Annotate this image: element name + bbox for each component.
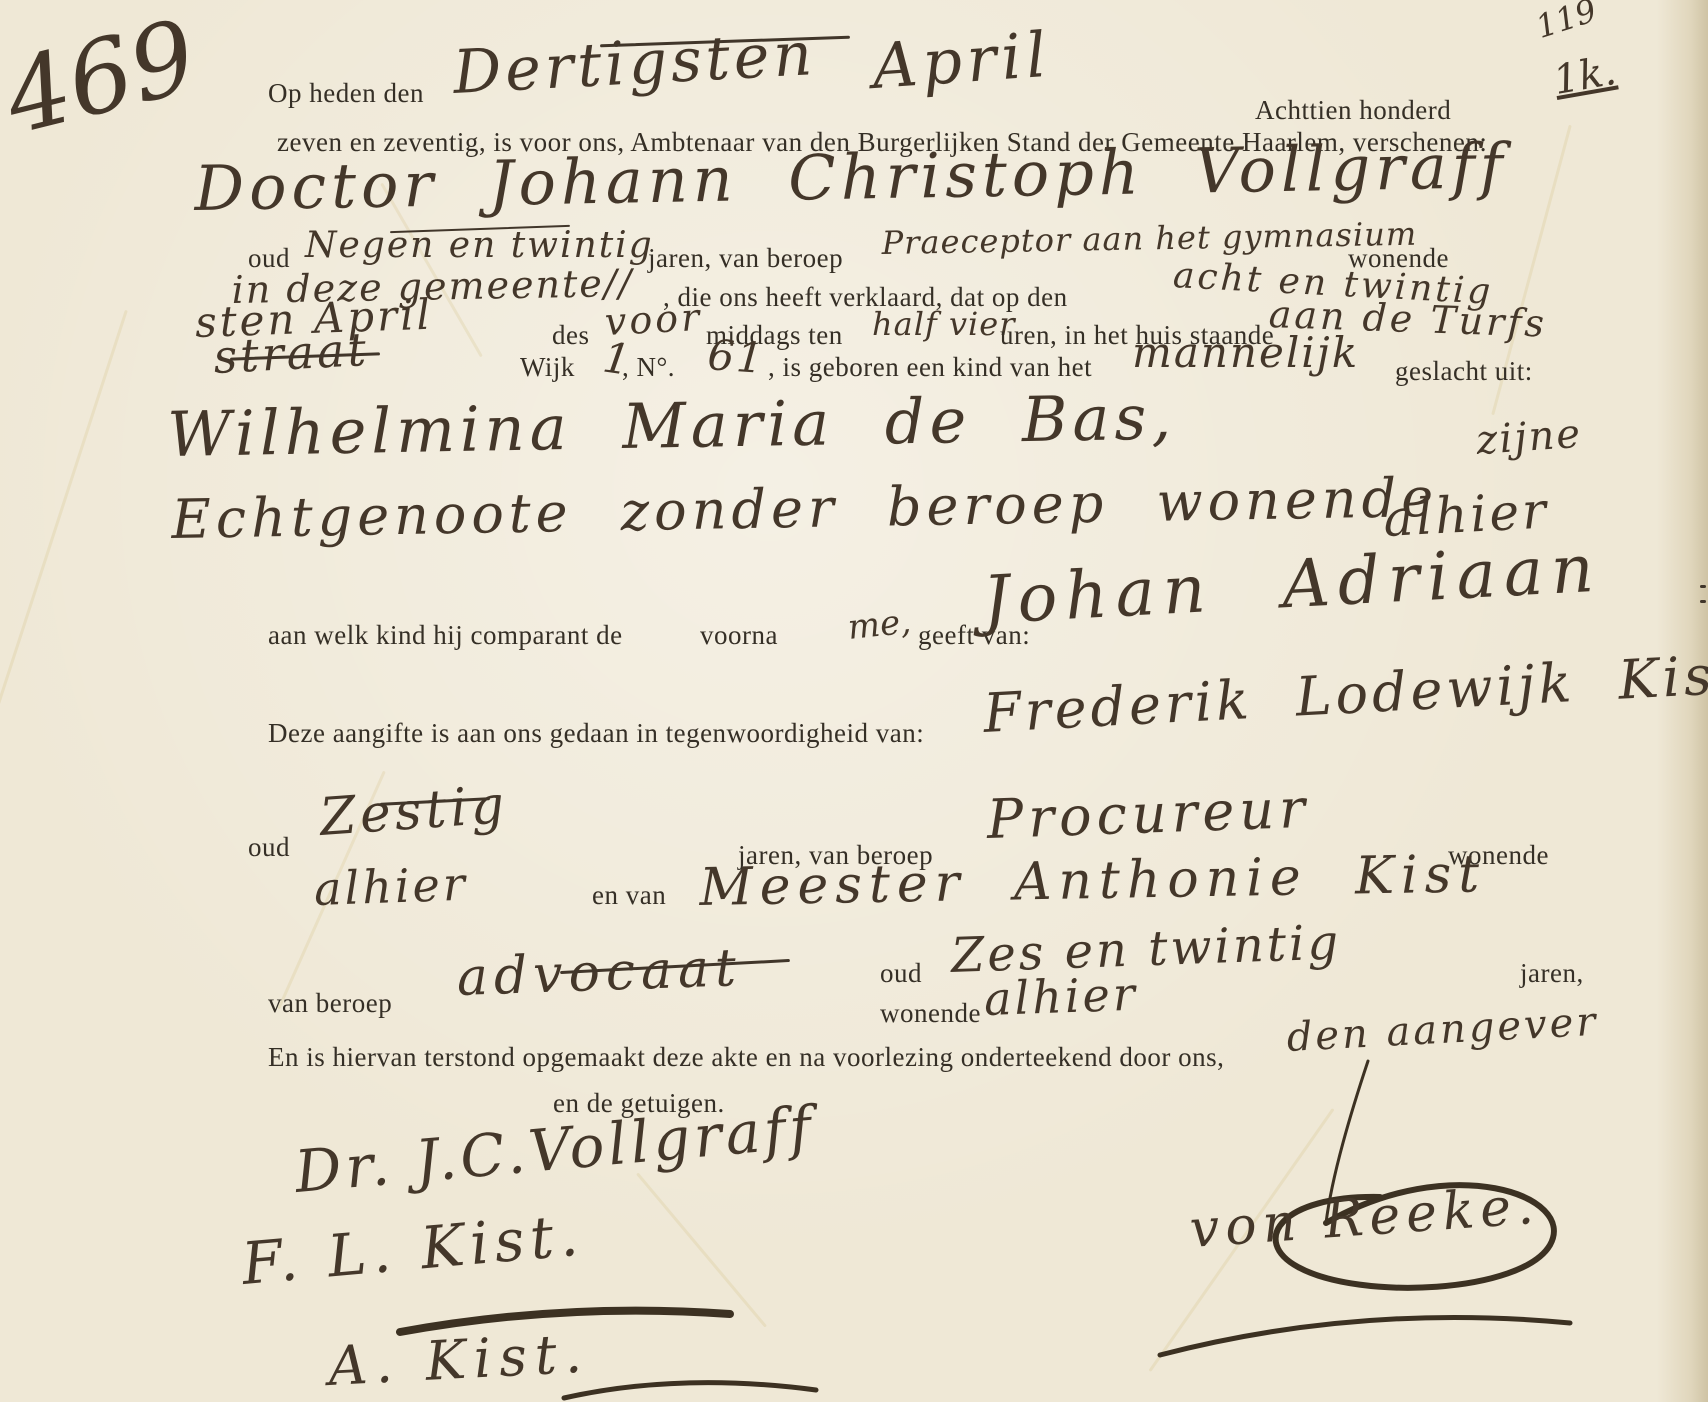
printed-wijk: Wijk bbox=[520, 352, 575, 383]
hw-gender: mannelijk bbox=[1132, 328, 1359, 377]
hw-year-mark: 1k. bbox=[1550, 48, 1619, 104]
printed-oud-w2: oud bbox=[880, 958, 922, 989]
printed-geslacht-uit: geslacht uit: bbox=[1395, 356, 1533, 387]
hw-mother-status: Echtgenoote zonder beroep wonende bbox=[171, 466, 1439, 551]
printed-no: , N°. bbox=[622, 352, 675, 383]
printed-des: des bbox=[552, 320, 590, 351]
printed-is-geboren: , is geboren een kind van het bbox=[768, 352, 1092, 383]
signature-flourish-bottom bbox=[560, 1378, 820, 1402]
hw-witness1-residence: alhier bbox=[313, 857, 468, 916]
bleed-mark bbox=[0, 310, 128, 710]
hw-hour: half vier bbox=[872, 305, 1015, 343]
hw-house-number: 61 bbox=[706, 330, 767, 383]
printed-wonende-w2: wonende bbox=[880, 998, 981, 1029]
hw-declarant-occupation: Praeceptor aan het gymnasium bbox=[881, 215, 1417, 262]
printed-deze-aangifte: Deze aangifte is aan ons gedaan in tegen… bbox=[268, 718, 924, 749]
page-number: 119 bbox=[1531, 0, 1601, 46]
printed-voorna: voorna bbox=[700, 620, 778, 651]
hw-witness2-occupation: advocaat bbox=[456, 938, 743, 1008]
signature-witness2: A. Kist. bbox=[327, 1321, 591, 1398]
margin-tick bbox=[1700, 585, 1706, 588]
hw-registration-day: Dertigsten bbox=[451, 19, 817, 108]
hw-witness1-age: Zestig bbox=[318, 775, 510, 848]
printed-en-van: en van bbox=[592, 880, 666, 911]
hw-witness2-name: Meester Anthonie Kist bbox=[699, 844, 1487, 918]
hw-declarant-age: Negen en twintig bbox=[305, 225, 654, 266]
signature-witness1: F. L. Kist. bbox=[239, 1200, 586, 1298]
hw-registration-month: April bbox=[870, 18, 1053, 103]
printed-jaren-w2: jaren, bbox=[1520, 958, 1584, 989]
printed-achttien-honderd: Achttien honderd bbox=[1255, 95, 1451, 126]
printed-oud-w1: oud bbox=[248, 832, 290, 863]
hw-zijne: zijne bbox=[1475, 411, 1584, 464]
printed-jaren-van-beroep: jaren, van beroep bbox=[648, 243, 843, 274]
printed-aan-welk-kind: aan welk kind hij comparant de bbox=[268, 620, 623, 651]
printed-van-beroep-w2: van beroep bbox=[268, 988, 392, 1019]
printed-op-heden-den: Op heden den bbox=[268, 78, 424, 109]
birth-certificate-scan: 469 119 Op heden den Dertigsten April Ac… bbox=[0, 0, 1708, 1402]
hw-child-name: Johan Adriaan bbox=[981, 530, 1603, 639]
hw-witness1-occupation: Procureur bbox=[986, 777, 1311, 851]
hw-closing-insert: den aangever bbox=[1286, 999, 1600, 1061]
hw-voornamen-insert: me, bbox=[846, 602, 913, 648]
printed-closing: En is hiervan terstond opgemaakt deze ak… bbox=[268, 1042, 1224, 1073]
margin-tick bbox=[1700, 600, 1706, 603]
hw-mother-name: Wilhelmina Maria de Bas, bbox=[167, 380, 1177, 471]
hw-witness1-name: Frederik Lodewijk Kist bbox=[982, 642, 1708, 745]
act-number: 469 bbox=[0, 0, 207, 157]
hw-witness2-residence: alhier bbox=[983, 967, 1138, 1026]
